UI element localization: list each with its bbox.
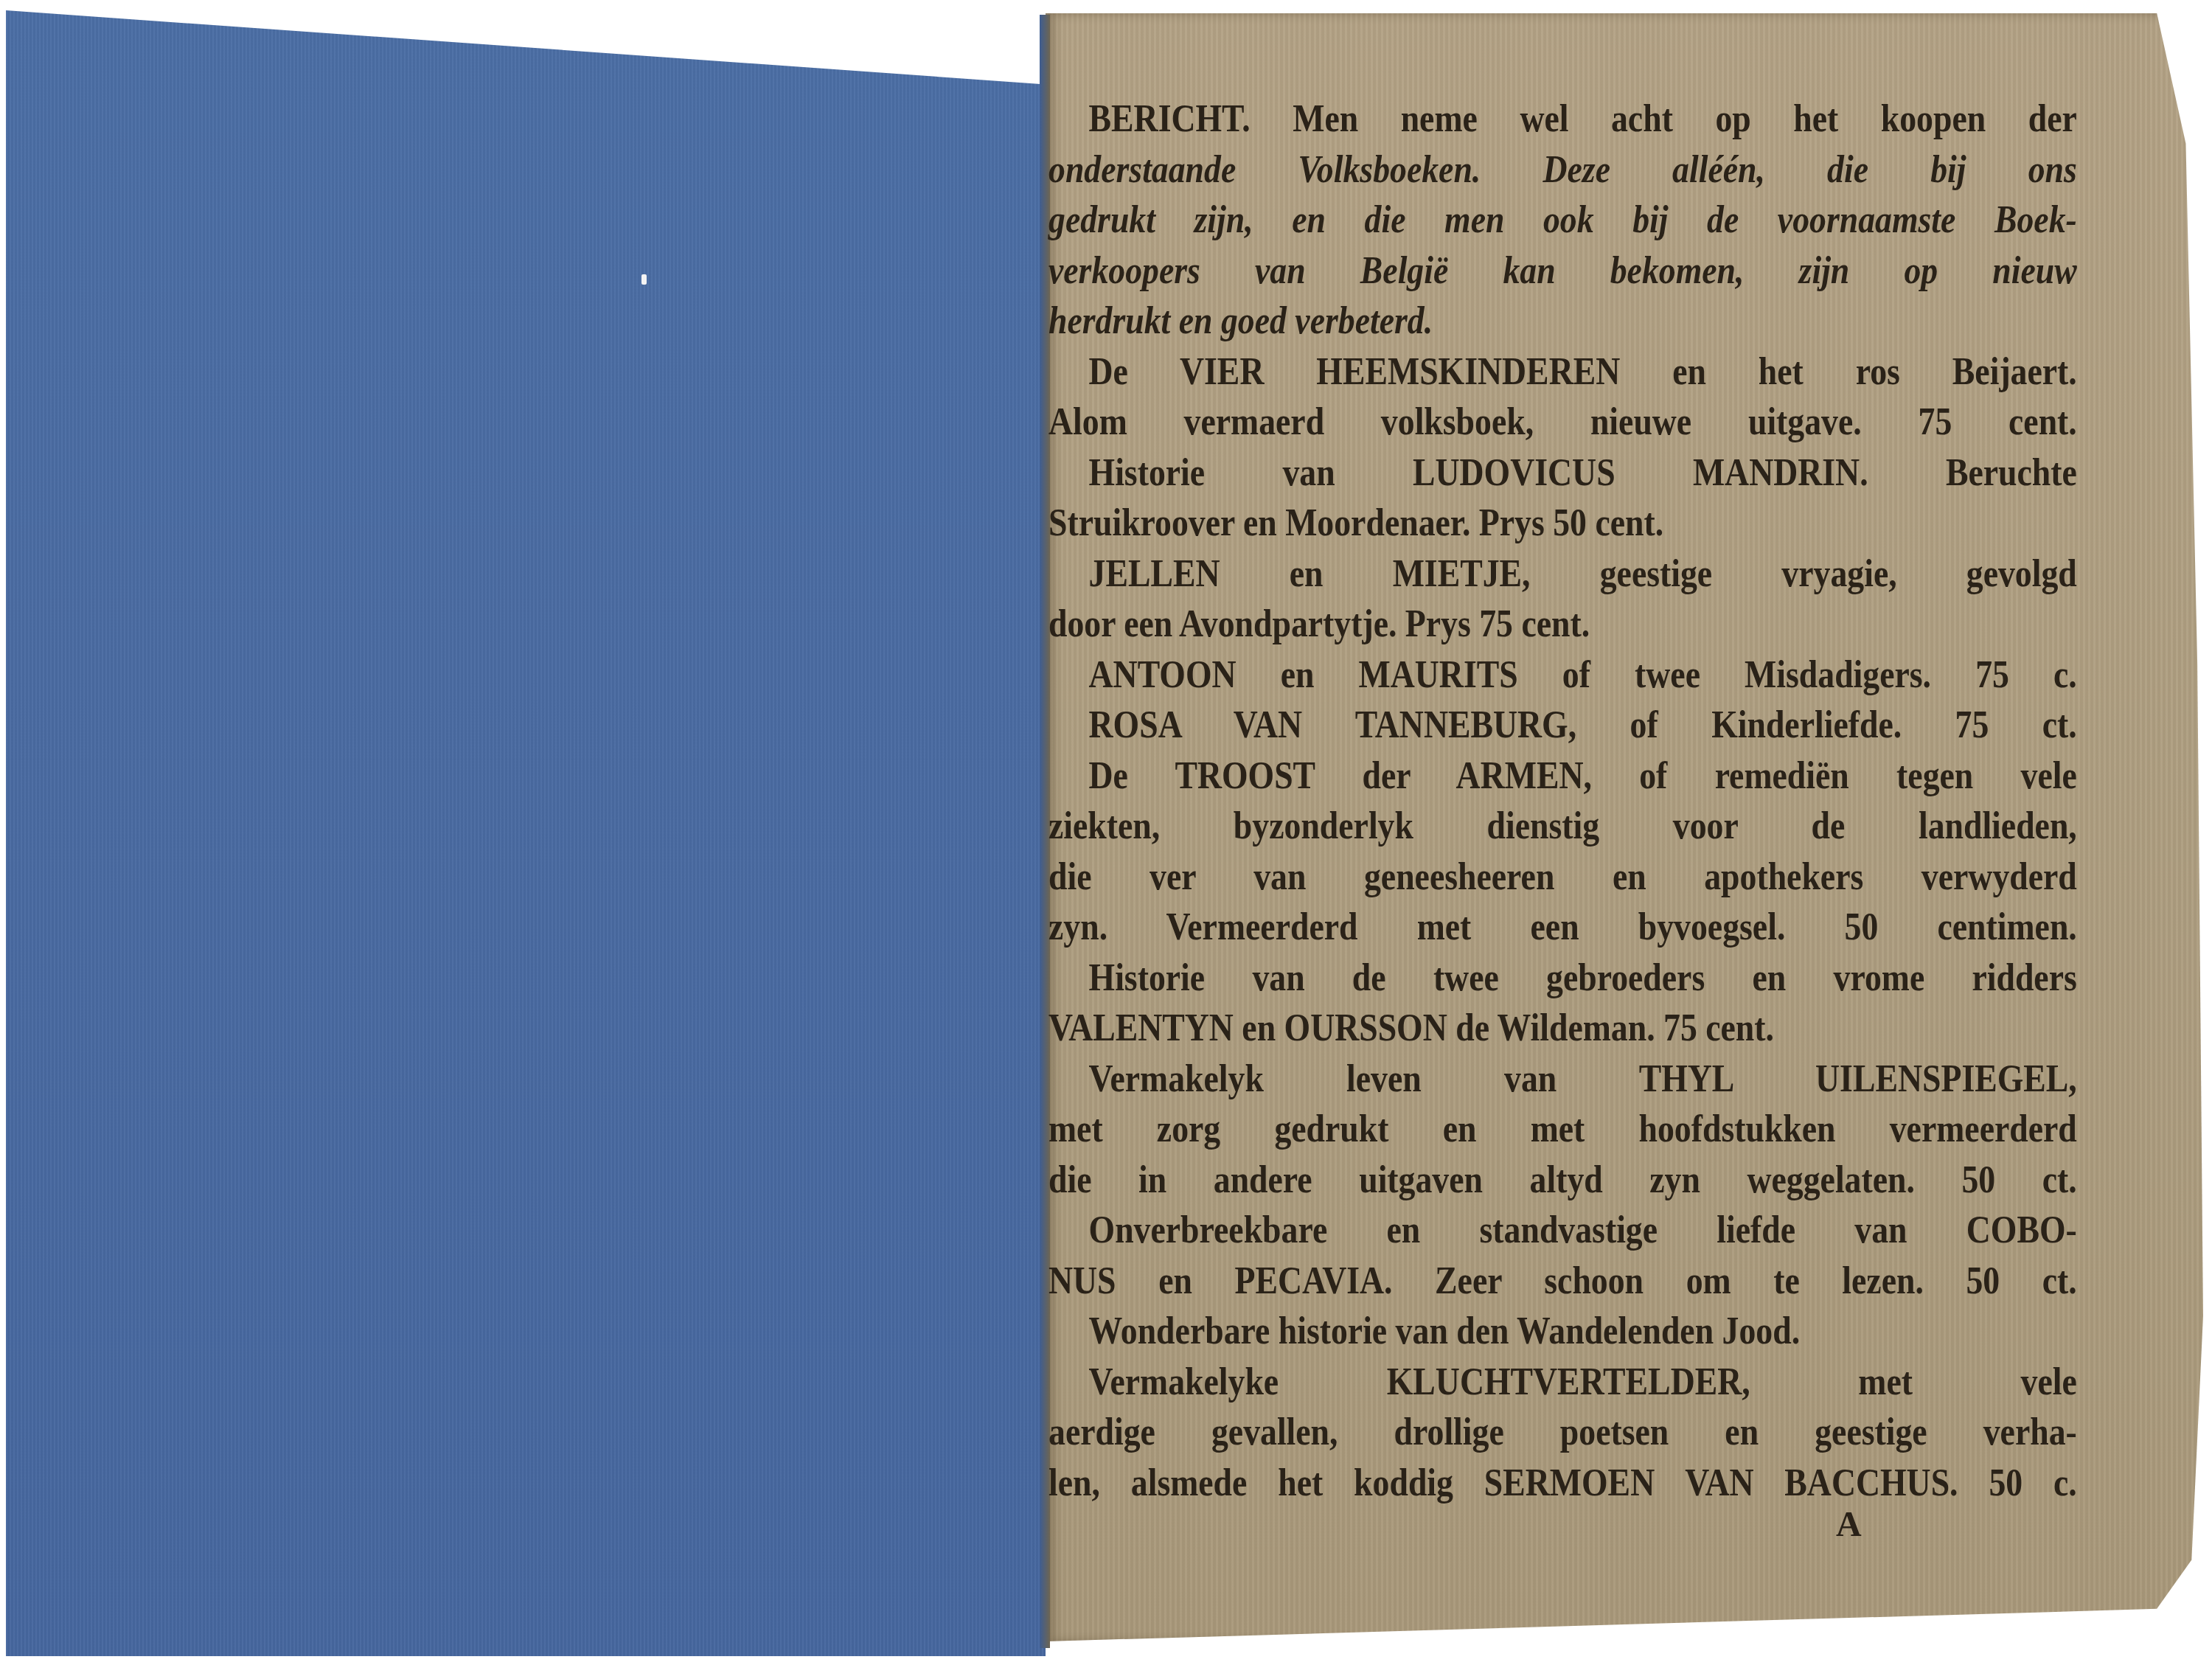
text-line: onderstaande Volksboeken. Deze alléén, d… — [1048, 145, 2077, 196]
text-line: Vermakelyk leven van THYL UILENSPIEGEL, — [1048, 1054, 2077, 1105]
text-line: herdrukt en goed verbeterd. — [1048, 296, 2077, 347]
text-line: die ver van geneesheeren en apothekers v… — [1048, 852, 2077, 903]
text-line: BERICHT. Men neme wel acht op het koopen… — [1048, 94, 2077, 145]
text-line: aerdige gevallen, drollige poetsen en ge… — [1048, 1408, 2077, 1459]
blue-book-cover — [6, 10, 1046, 1656]
text-line: De TROOST der ARMEN, of remediën tegen v… — [1048, 751, 2077, 802]
text-line: Wonderbare historie van den Wandelenden … — [1048, 1307, 2077, 1358]
page-text-column: BERICHT. Men neme wel acht op het koopen… — [1048, 94, 2077, 1509]
signature-mark: A — [1836, 1504, 1862, 1545]
text-line: met zorg gedrukt en met hoofdstukken ver… — [1048, 1105, 2077, 1155]
text-line: Historie van de twee gebroeders en vrome… — [1048, 953, 2077, 1004]
cover-speck — [641, 274, 647, 285]
text-line: Historie van LUDOVICUS MANDRIN. Beruchte — [1048, 448, 2077, 499]
text-line: verkoopers van België kan bekomen, zijn … — [1048, 246, 2077, 297]
text-line: zyn. Vermeerderd met een byvoegsel. 50 c… — [1048, 903, 2077, 953]
text-line: De VIER HEEMSKINDEREN en het ros Beijaer… — [1048, 347, 2077, 398]
text-line: Struikroover en Moordenaer. Prys 50 cent… — [1048, 498, 2077, 549]
text-line: door een Avondpartytje. Prys 75 cent. — [1048, 599, 2077, 650]
text-line: ziekten, byzonderlyk dienstig voor de la… — [1048, 802, 2077, 852]
text-line: ROSA VAN TANNEBURG, of Kinderliefde. 75 … — [1048, 701, 2077, 751]
text-line: VALENTYN en OURSSON de Wildeman. 75 cent… — [1048, 1004, 2077, 1054]
text-line: Vermakelyke KLUCHTVERTELDER, met vele — [1048, 1358, 2077, 1408]
text-line: Onverbreekbare en standvastige liefde va… — [1048, 1206, 2077, 1256]
text-line: JELLEN en MIETJE, geestige vryagie, gevo… — [1048, 549, 2077, 600]
text-line: Alom vermaerd volksboek, nieuwe uitgave.… — [1048, 397, 2077, 448]
text-line: die in andere uitgaven altyd zyn weggela… — [1048, 1155, 2077, 1206]
text-line: len, alsmede het koddig SERMOEN VAN BACC… — [1048, 1459, 2077, 1509]
text-line: ANTOON en MAURITS of twee Misdadigers. 7… — [1048, 650, 2077, 701]
text-line: NUS en PECAVIA. Zeer schoon om te lezen.… — [1048, 1256, 2077, 1307]
text-line: gedrukt zijn, en die men ook bij de voor… — [1048, 195, 2077, 246]
